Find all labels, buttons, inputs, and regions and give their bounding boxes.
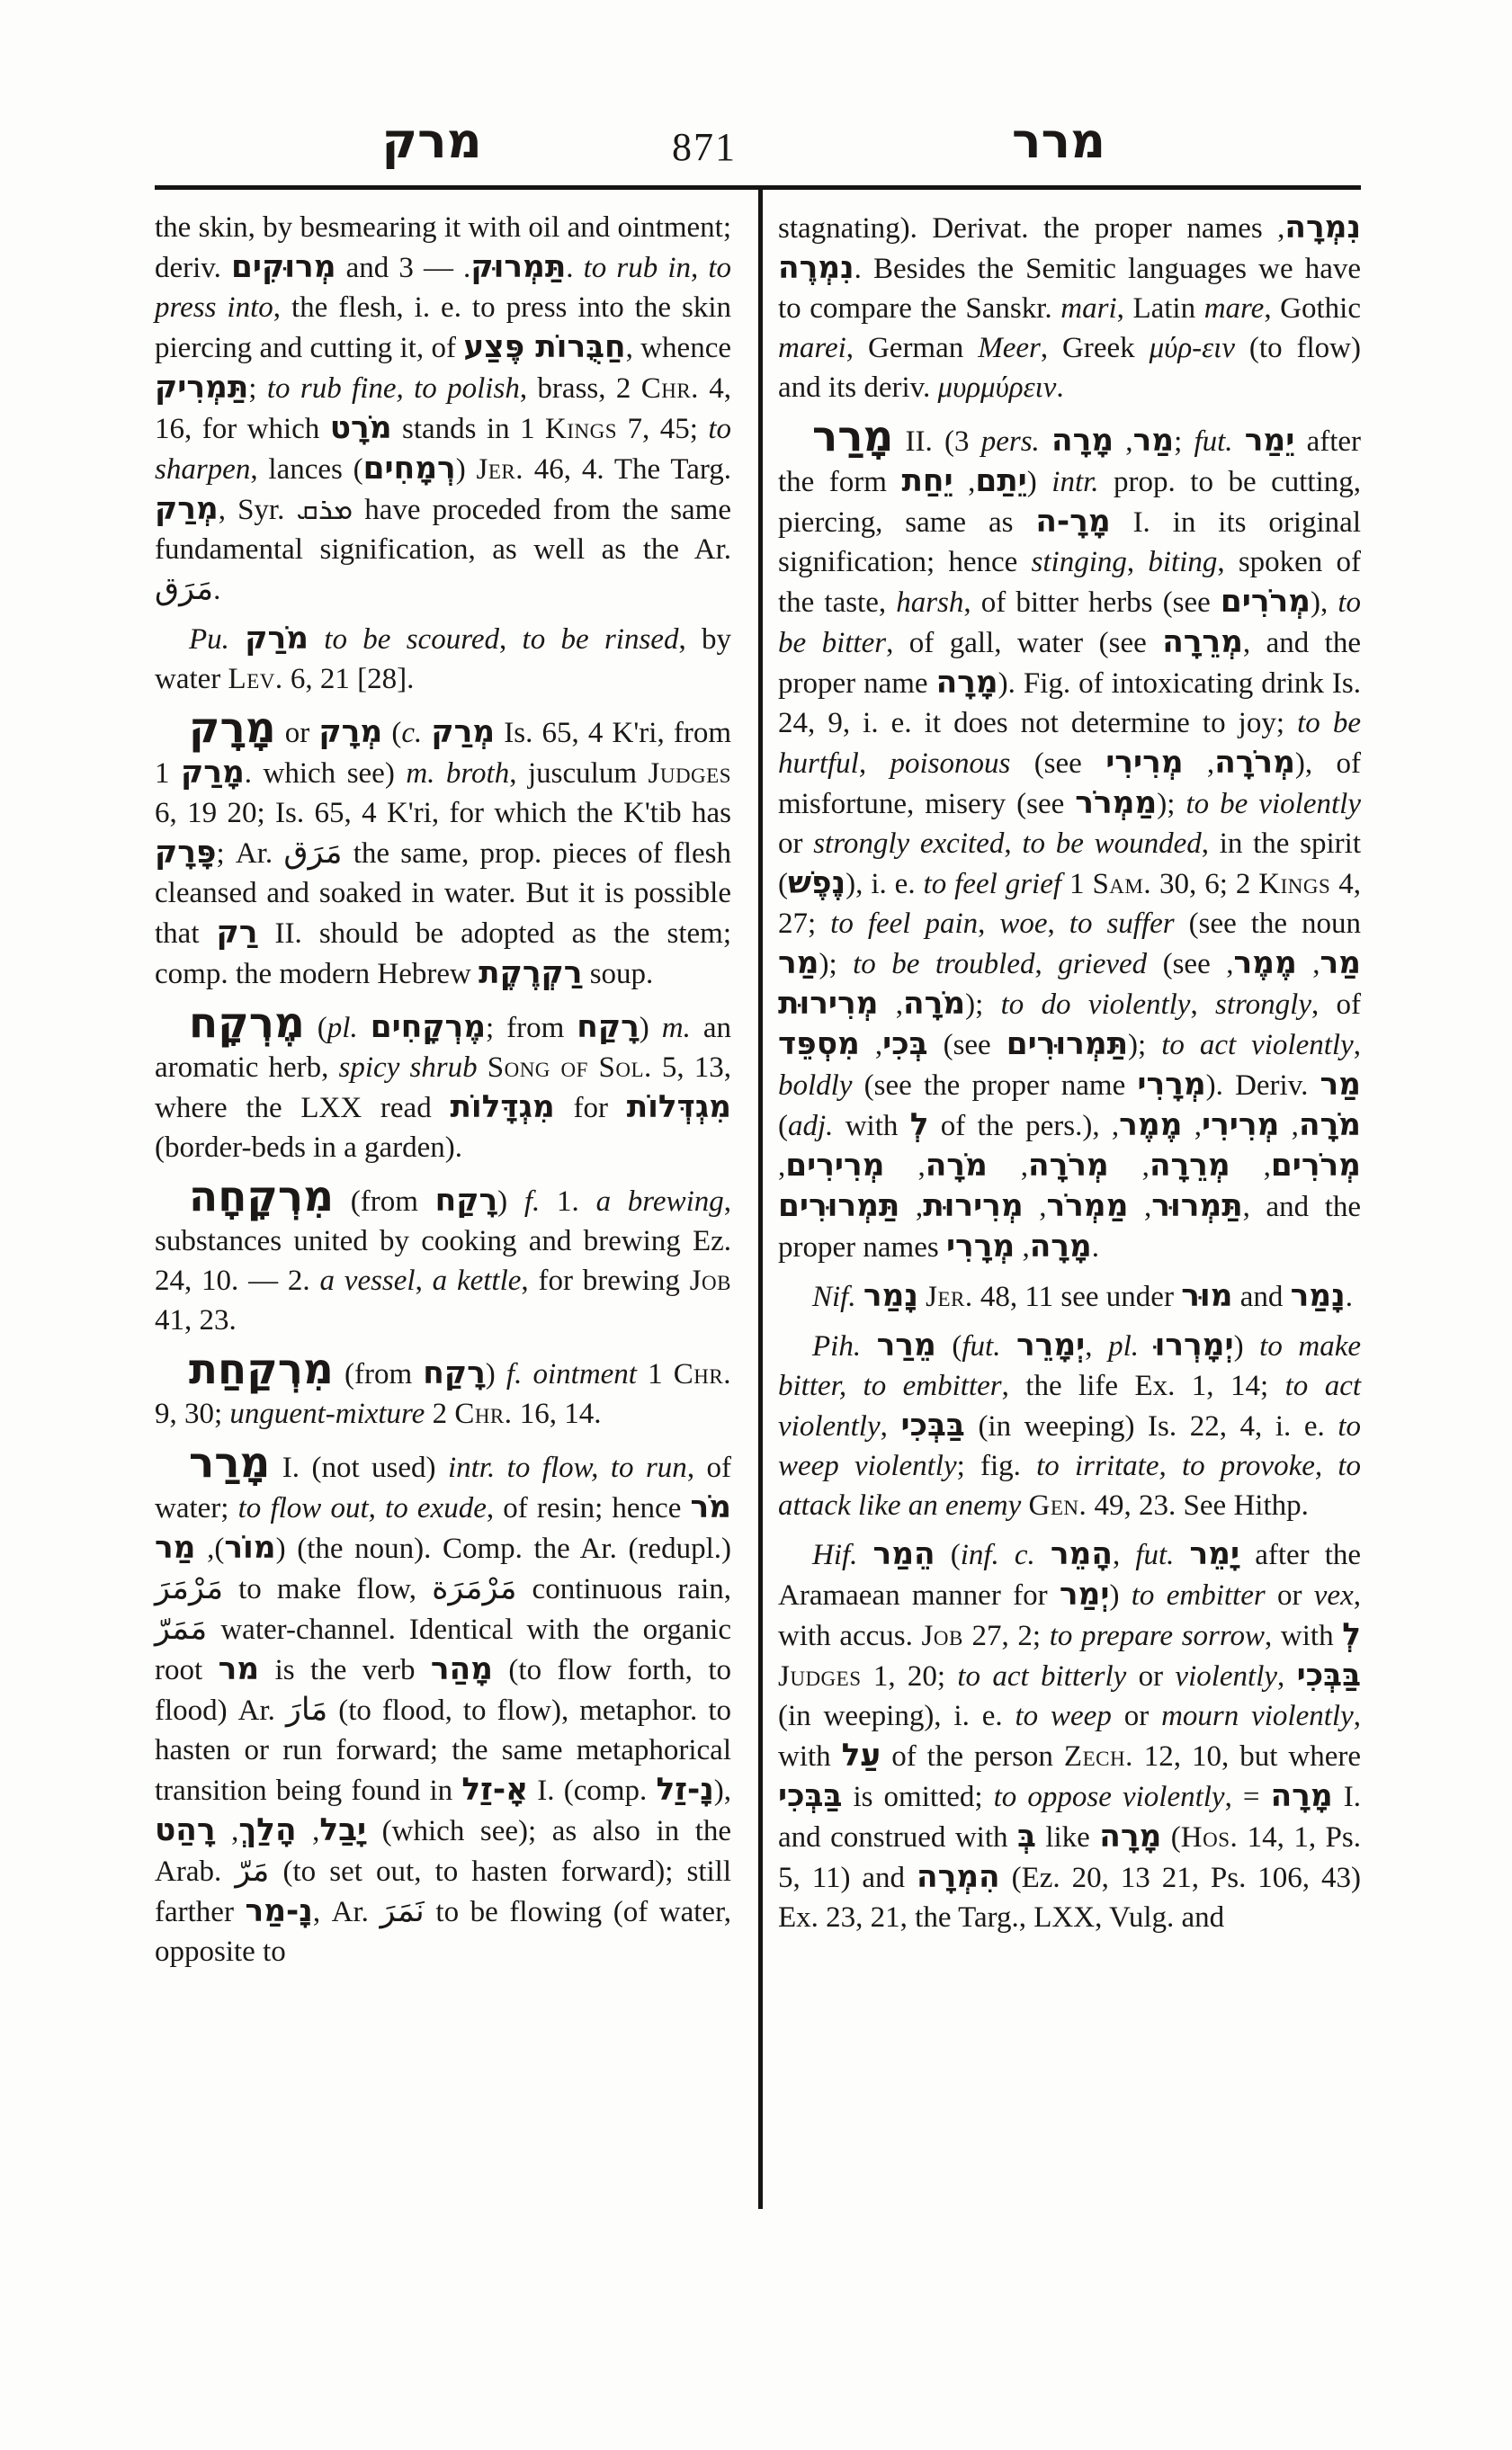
italic-text: Pih. — [812, 1330, 861, 1363]
text-run: or — [1112, 1700, 1161, 1732]
italic-text: to suffer — [1069, 908, 1175, 940]
text-run: ; — [1174, 425, 1194, 458]
text-run: ( — [778, 1110, 788, 1142]
text-run: , — [1109, 1150, 1150, 1183]
text-run: , the life Ex. 1, 14; — [1002, 1370, 1285, 1402]
hebrew-word: מָרָה — [936, 665, 998, 701]
hebrew-word: מוּר — [1181, 1278, 1232, 1314]
text-run — [856, 1281, 863, 1313]
text-run: is omitted; — [842, 1781, 993, 1813]
text-run — [1021, 1489, 1028, 1522]
hebrew-word: הִמְרָה — [917, 1859, 1000, 1895]
text-run: ). Deriv. — [1206, 1069, 1320, 1102]
hebrew-word: מִגְדְּלוֹת — [627, 1089, 731, 1125]
hebrew-headword: מִרְקַחַת — [189, 1346, 334, 1394]
text-run — [309, 623, 324, 656]
italic-text: intr. — [1051, 466, 1098, 498]
text-run: to make flow, — [223, 1573, 432, 1605]
text-run — [1035, 1539, 1051, 1571]
book-reference: Jer. — [926, 1281, 972, 1313]
arabic-word: مَمَرّ — [155, 1611, 207, 1647]
hebrew-word: מָהַר — [431, 1651, 493, 1687]
text-run: (see — [1147, 948, 1226, 980]
text-run: 1 — [1061, 868, 1092, 900]
text-run: ; — [248, 372, 267, 405]
text-run: 1. — [540, 1185, 595, 1218]
hebrew-word: נֶפֶשׁ — [788, 865, 845, 901]
hebrew-word: מְרָרִי — [1137, 1067, 1205, 1103]
text-run: for — [555, 1092, 627, 1124]
hebrew-word: מְרִירוּת — [923, 1188, 1023, 1224]
hebrew-word: נִמְרָה — [1284, 210, 1361, 246]
text-run: , Syr. — [219, 494, 297, 526]
header-keyword-right: מרר — [982, 117, 1135, 165]
text-run: of the person — [881, 1740, 1064, 1773]
italic-text: a vessel — [319, 1265, 415, 1297]
hebrew-word: מָרָה — [1099, 1819, 1161, 1855]
hebrew-word: תַּמְרוּרִים — [1007, 1026, 1128, 1062]
italic-text: to be scoured — [324, 623, 499, 656]
text-run: , — [1112, 1110, 1119, 1142]
text-run: , of gall, water (see — [886, 627, 1162, 659]
text-run: and — [1232, 1281, 1290, 1313]
text-run: 46, 4. The Targ. — [523, 453, 731, 486]
text-run: 30, 6; 2 — [1151, 868, 1258, 900]
text-run: ); — [819, 948, 854, 980]
hebrew-word: נָמַר — [863, 1278, 918, 1314]
hebrew-word: אָ-זַל — [461, 1772, 528, 1808]
arabic-word: مَرْمَرَ — [155, 1570, 223, 1606]
italic-text: to prepare sorrow — [1050, 1620, 1265, 1652]
text-run: , — [216, 1815, 239, 1847]
italic-text: mare — [1204, 292, 1265, 325]
hebrew-word: יָמֵר — [1190, 1536, 1240, 1572]
italic-text: harsh — [896, 586, 963, 619]
text-run: 6, 21 [28]. — [283, 663, 415, 695]
text-run: , — [899, 1191, 923, 1223]
hebrew-word: רְמָחִים — [363, 451, 456, 487]
hebrew-word: מָרָה — [1271, 1778, 1333, 1814]
text-run: , jusculum — [509, 757, 648, 790]
book-reference: Kings — [545, 413, 617, 445]
italic-text: Hif. — [812, 1539, 857, 1571]
hebrew-word: מְרָרִי — [946, 1229, 1015, 1265]
text-run: , — [778, 1150, 785, 1183]
text-run: 48, 11 see under — [973, 1281, 1182, 1313]
italic-text: strongly — [1215, 988, 1311, 1021]
text-run: , for brewing — [521, 1265, 689, 1297]
text-run: 1, 20; — [862, 1660, 958, 1693]
text-run: or — [1266, 1579, 1314, 1612]
arabic-word: مَرّ — [235, 1853, 269, 1889]
text-run: ), i. e. — [845, 868, 923, 900]
text-run: (see — [928, 1029, 1007, 1061]
hebrew-word: מַר — [155, 1530, 196, 1566]
text-run: soup. — [582, 958, 653, 990]
italic-text: to feel pain — [830, 908, 978, 940]
hebrew-word: בְּכִי — [882, 1026, 927, 1062]
syriac-word: ܡܪܩ — [296, 491, 353, 526]
text-run: ; from — [486, 1012, 577, 1044]
text-run: , — [297, 1815, 320, 1847]
hebrew-word: מְרִירוּת — [778, 986, 878, 1022]
hebrew-word: מְרַק — [431, 714, 495, 750]
hebrew-word: מֹרָט — [330, 410, 392, 446]
hebrew-word: מְרֹרִים — [1271, 1148, 1361, 1184]
text-run — [918, 1281, 926, 1313]
text-run: , — [988, 1150, 1028, 1183]
hebrew-word: יְמָרֵר — [1016, 1328, 1085, 1364]
paragraph: Pu. מֹרַק to be scoured, to be rinsed, b… — [155, 619, 731, 699]
italic-text: fut. — [1135, 1539, 1174, 1571]
hebrew-word: בַּבְּכִי — [778, 1778, 842, 1814]
italic-text: a kettle — [433, 1265, 522, 1297]
hebrew-word: מַמְרֹר — [1075, 785, 1157, 821]
text-run: . — [213, 574, 220, 606]
italic-text: pers. — [981, 425, 1040, 458]
italic-text: woe — [999, 908, 1047, 940]
book-reference: Chr. — [454, 1398, 512, 1430]
italic-text: strongly excited — [813, 827, 1004, 860]
italic-text: biting — [1148, 546, 1217, 578]
italic-text: to be troubled — [853, 948, 1034, 980]
italic-text: mari — [1060, 292, 1116, 325]
italic-text: to oppose violently — [994, 1781, 1225, 1813]
text-run: , — [1354, 1029, 1361, 1061]
arabic-word: مَارَ — [286, 1692, 327, 1728]
paragraph: Nif. נָמַר Jer. 48, 11 see under מוּר an… — [778, 1276, 1361, 1317]
hebrew-word: מֹרָה — [926, 1148, 988, 1184]
hebrew-word: מְרֵרָה — [1150, 1148, 1230, 1184]
text-run: , — [1114, 425, 1132, 458]
hebrew-word: יְמַר — [1060, 1577, 1110, 1613]
text-run: (border-beds in a garden). — [155, 1131, 462, 1164]
hebrew-word: מְרוּקִים — [231, 249, 336, 285]
hebrew-word: מַר — [1320, 1067, 1362, 1103]
hebrew-word: הָמֵר — [1051, 1536, 1113, 1572]
page-number: 871 — [641, 128, 767, 167]
text-run: , — [1024, 1191, 1047, 1223]
text-run: , of — [1311, 988, 1361, 1021]
hebrew-word: רַקְרֶקֶת — [479, 955, 582, 991]
hebrew-word: מַר — [1320, 945, 1362, 981]
hebrew-word: בַּבְּכִי — [900, 1408, 964, 1444]
text-run: , — [881, 1410, 901, 1443]
text-run: or — [276, 717, 319, 749]
text-run: like — [1036, 1821, 1099, 1854]
text-run: , — [1190, 988, 1215, 1021]
text-run: (from — [334, 1185, 435, 1218]
text-run: , Greek — [1041, 332, 1150, 364]
text-run: , — [1127, 546, 1148, 578]
hebrew-headword: מִרְקָחָה — [189, 1173, 334, 1221]
italic-text: to embitter — [1132, 1579, 1266, 1612]
paragraph: Hif. הֵמַר (inf. c. הָמֵר, fut. יָמֵר af… — [778, 1534, 1361, 1937]
hebrew-word: רָקַח — [577, 1009, 640, 1045]
text-run: , Ar. — [313, 1896, 380, 1928]
text-run: 7, 45; — [617, 413, 708, 445]
italic-text: Nif. — [812, 1281, 856, 1313]
hebrew-headword: מָרָק — [189, 704, 276, 753]
italic-text: to rub fine, to polish — [267, 372, 520, 405]
italic-text: boldly — [778, 1069, 852, 1102]
text-run: ( — [305, 1012, 327, 1044]
book-reference: Chr. — [641, 372, 699, 405]
text-run: 9, 30; — [155, 1398, 229, 1430]
text-run: , — [1113, 1539, 1135, 1571]
italic-text: mourn violently — [1161, 1700, 1354, 1732]
text-run — [1040, 425, 1051, 458]
italic-text: f. — [524, 1185, 540, 1218]
text-run: continuous rain, — [516, 1573, 731, 1605]
text-run: , — [1048, 908, 1069, 940]
text-run — [861, 1330, 877, 1363]
hebrew-word: מְרַק — [155, 491, 219, 527]
italic-text: fut. — [962, 1330, 1000, 1363]
italic-text: adj. — [788, 1110, 833, 1142]
text-run: . — [1092, 1231, 1099, 1264]
hebrew-word: מִסְפֵּד — [778, 1026, 860, 1062]
book-reference: Judges — [649, 757, 732, 790]
text-run: 12, 10, but where — [1133, 1740, 1361, 1773]
italic-text: intr. to flow, to run — [448, 1452, 687, 1484]
text-run: Is. 65, 4 K'ri, from — [495, 717, 731, 749]
text-run: , — [978, 908, 999, 940]
text-run: ) — [497, 1185, 524, 1218]
hebrew-word: רַק — [217, 915, 258, 951]
text-run: (see — [1010, 747, 1105, 780]
hebrew-word: יָבַל — [319, 1812, 366, 1848]
text-run: , — [1279, 1110, 1299, 1142]
text-run: . — [1346, 1281, 1353, 1313]
arabic-word: مَرَق — [283, 835, 342, 871]
paragraph: מָרַר I. (not used) intr. to flow, to ru… — [155, 1443, 731, 1972]
text-run: (the noun). Comp. the Ar. (redupl.) — [286, 1533, 731, 1565]
text-run: I. (not used) — [270, 1452, 448, 1484]
text-run — [1174, 1539, 1189, 1571]
text-run: stands in 1 — [392, 413, 545, 445]
italic-text: to do violently — [1001, 988, 1191, 1021]
text-run: , — [416, 1265, 433, 1297]
hebrew-word: תַּמְרוּרִים — [778, 1188, 899, 1224]
hebrew-word: מְרֹרָה — [1028, 1148, 1109, 1184]
text-run: ) — [640, 1012, 662, 1044]
text-run — [422, 717, 431, 749]
text-run — [857, 1539, 872, 1571]
book-reference: Chr. — [674, 1358, 731, 1390]
text-run: , Gothic — [1264, 292, 1361, 325]
hebrew-word: מֵרַר — [877, 1328, 936, 1364]
hebrew-word: נִמְרֶה — [778, 250, 854, 286]
text-run: of the pers.), — [928, 1110, 1111, 1142]
text-run: II. (3 — [893, 425, 980, 458]
hebrew-word: מֹרַק — [245, 621, 309, 657]
hebrew-word: יֵחַת — [901, 463, 953, 499]
text-run: , German — [846, 332, 978, 364]
hebrew-word: מַר — [778, 945, 819, 981]
column-divider — [758, 190, 763, 2209]
text-run: and — [336, 252, 399, 284]
hebrew-word: מְרִירִי — [1105, 745, 1183, 781]
paragraph: מִרְקַחַת (from רָקַח) f. ointment 1 Chr… — [155, 1349, 731, 1434]
italic-text: pl. — [1108, 1330, 1139, 1363]
text-run: ( — [276, 1533, 286, 1565]
hebrew-word: רָקַח — [435, 1183, 498, 1219]
book-reference: Song of Sol. — [488, 1051, 652, 1084]
hebrew-word: מָרָ-ה — [1035, 504, 1110, 540]
hebrew-word: מַמְרֹר — [1046, 1188, 1128, 1224]
text-run: (in weeping), i. e. — [778, 1700, 1015, 1732]
header-keyword-left: מרק — [355, 117, 508, 165]
text-run: ( — [935, 1539, 961, 1571]
text-run: , of bitter herbs (see — [963, 586, 1220, 619]
text-run: ; fig. — [957, 1450, 1036, 1482]
text-run: , — [885, 1150, 926, 1183]
text-run: ( — [936, 1330, 962, 1363]
text-run: is the verb — [259, 1654, 431, 1686]
hebrew-word: הָלַךְ — [238, 1812, 296, 1848]
hebrew-word: לְ — [1342, 1617, 1361, 1653]
italic-text: vex — [1314, 1579, 1354, 1612]
hebrew-word: נָ-זַל — [656, 1772, 713, 1808]
greek-word: μυρμύρειν — [938, 371, 1057, 404]
italic-text: a brewing — [596, 1185, 724, 1218]
text-run: . — [1056, 371, 1063, 404]
text-run: , = — [1225, 1781, 1271, 1813]
hebrew-word: פָּרָק — [155, 835, 217, 871]
hebrew-word: יֵמַר — [1245, 423, 1295, 459]
italic-text: unguent-mixture — [229, 1398, 425, 1430]
arabic-word: مَرْمَرَة — [432, 1570, 516, 1606]
text-run: 16, 14. — [513, 1398, 602, 1430]
italic-text: spicy shrub — [339, 1051, 478, 1084]
text-run: (see the proper name — [852, 1069, 1137, 1102]
text-run: , — [1015, 1231, 1030, 1264]
text-run: ), — [714, 1775, 731, 1807]
hebrew-word: מְרָק — [318, 714, 382, 750]
hebrew-word: הֵמַר — [873, 1536, 935, 1572]
italic-text: m. broth — [406, 757, 509, 790]
hebrew-word: יְמָרְרוּ — [1155, 1328, 1234, 1364]
italic-text: to be violently — [1185, 788, 1361, 820]
italic-text: fut. — [1194, 425, 1232, 458]
book-reference: Lev. — [228, 663, 283, 695]
paragraph: stagnating). Derivat. the proper names נ… — [778, 208, 1361, 407]
italic-text: to be rinsed — [523, 623, 679, 656]
text-run: , with — [1265, 1620, 1342, 1652]
text-run: (from — [334, 1358, 423, 1390]
text-run: 6, 19 20; Is. 65, 4 K'ri, for which the … — [155, 797, 731, 829]
hebrew-word: מְרֹרָה — [1214, 745, 1295, 781]
italic-text: Meer — [978, 332, 1041, 364]
text-run: (see the noun — [1175, 908, 1361, 940]
hebrew-word: מְרֹרִים — [1221, 584, 1311, 620]
text-run: or — [778, 827, 813, 860]
book-reference: Zech. — [1064, 1740, 1133, 1773]
text-run: , — [953, 466, 976, 498]
paragraph: the skin, by besmearing it with oil and … — [155, 208, 731, 610]
book-reference: Gen. — [1029, 1489, 1087, 1522]
text-run: , — [1085, 1330, 1108, 1363]
hebrew-word: מְרִירִים — [785, 1148, 884, 1184]
text-run: 1 — [637, 1358, 674, 1390]
italic-text: c. — [401, 717, 422, 749]
hebrew-word: מֶמֶר — [1119, 1107, 1182, 1143]
hebrew-word: מָרָה — [1030, 1229, 1092, 1265]
text-run: 49, 23. See Hithp. — [1087, 1489, 1309, 1522]
book-reference: Job — [690, 1265, 731, 1297]
text-run: , — [1184, 747, 1215, 780]
text-run: , lances ( — [250, 453, 362, 486]
arabic-word: نَمَرَ — [380, 1893, 425, 1929]
italic-text: pl. — [327, 1012, 358, 1044]
text-run: , — [1230, 1150, 1271, 1183]
hebrew-word: לְ — [910, 1107, 929, 1143]
book-reference: Job — [922, 1620, 963, 1652]
paragraph: מָרָק or מְרָק (c. מְרַק Is. 65, 4 K'ri,… — [155, 708, 731, 994]
hebrew-word: רָקַח — [423, 1355, 486, 1391]
hebrew-word: חַבֻּרוֹת פֶּצַע — [463, 329, 625, 365]
hebrew-headword: מֶרְקָח — [189, 999, 305, 1048]
text-run: ); — [1157, 788, 1185, 820]
text-run: , brass, 2 — [520, 372, 641, 405]
italic-text: m. — [662, 1012, 691, 1044]
italic-text: violently — [1175, 1660, 1277, 1693]
hebrew-word: בַּבְּכִי — [1297, 1658, 1361, 1694]
hebrew-word: תַּמְרִיק — [155, 370, 248, 406]
text-run: , — [499, 623, 523, 656]
italic-text: to weep — [1015, 1700, 1111, 1732]
italic-text: stinging — [1032, 546, 1127, 578]
text-run: , Latin — [1117, 292, 1204, 325]
hebrew-word: נָ-מַר — [246, 1893, 313, 1929]
text-run: 2 — [425, 1398, 454, 1430]
hebrew-word: מֹר — [691, 1489, 732, 1525]
text-run: , whence — [626, 332, 731, 364]
book-reference: Hos. — [1181, 1821, 1238, 1854]
italic-text: to feel grief — [924, 868, 1062, 900]
book-reference: Kings — [1258, 868, 1330, 900]
text-run: , — [1277, 1660, 1297, 1693]
paragraph: Pih. מֵרַר (fut. יְמָרֵר, pl. יְמָרְרוּ)… — [778, 1326, 1361, 1525]
text-run: ), — [196, 1533, 225, 1565]
hebrew-word: מוֹר — [224, 1530, 275, 1566]
hebrew-word: בְּ — [1017, 1819, 1036, 1855]
italic-text: Pu. — [189, 623, 245, 656]
text-run: , — [1034, 948, 1058, 980]
book-reference: Sam. — [1092, 868, 1151, 900]
italic-text: f. ointment — [506, 1358, 637, 1390]
hebrew-word: מָרַק — [181, 755, 245, 791]
left-column: the skin, by besmearing it with oil and … — [155, 208, 731, 1981]
text-run: ), — [1311, 586, 1338, 619]
hebrew-word: מֶרְקָחִים — [371, 1009, 486, 1045]
text-run — [358, 1012, 371, 1044]
hebrew-word: יֵתַם — [975, 463, 1026, 499]
hebrew-word: מֹרָה — [903, 986, 965, 1022]
hebrew-word: מָרָה — [1051, 423, 1114, 459]
italic-text: to be wounded — [1022, 827, 1201, 860]
text-run: , — [1182, 1110, 1202, 1142]
text-run: ( — [1161, 1821, 1180, 1854]
text-run: 41, 23. — [155, 1304, 237, 1337]
text-run: ) — [1109, 1579, 1131, 1612]
text-run: , — [878, 988, 903, 1021]
text-run: ) — [1027, 466, 1052, 498]
text-run: ); — [1128, 1029, 1161, 1061]
text-run: stagnating). Derivat. the proper names — [778, 212, 1277, 245]
italic-text: inf. c. — [961, 1539, 1035, 1571]
